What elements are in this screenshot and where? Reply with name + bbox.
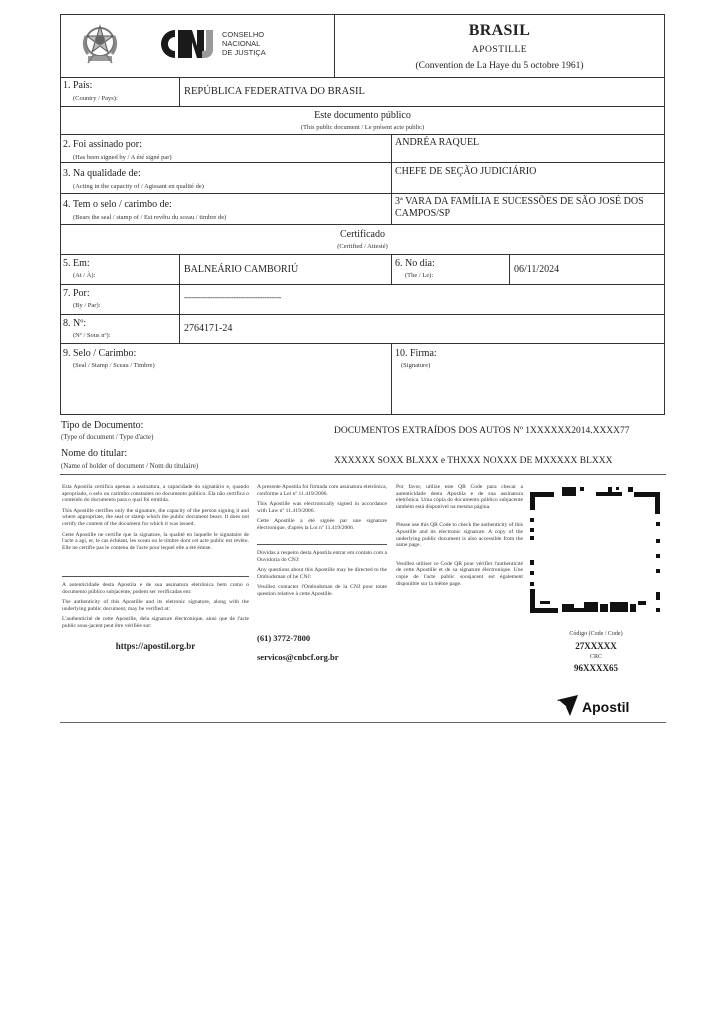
document-type-value: DOCUMENTOS EXTRAÍDOS DOS AUTOS Nº 1XXXXX… (334, 425, 630, 437)
document-type-sublabel: (Type of document / Type d'acte) (61, 433, 153, 441)
field-qualidade-label: 3. Na qualidade de: (63, 168, 141, 180)
field-numero-sublabel: (Nº / Sous nº): (65, 332, 110, 340)
document-title: APOSTILLE (334, 45, 665, 55)
qr-instructions-fr: Veuillez utiliser ce Code QR pour vérifi… (396, 561, 523, 587)
field-qualidade-sublabel: (Acting in the capacity of / Agissant en… (65, 183, 204, 191)
footer-divider-top (60, 474, 666, 475)
field-dia-label: 6. No dia: (395, 258, 435, 270)
footer-col1-divider (62, 576, 249, 577)
field-em-sublabel: (At / À): (65, 272, 95, 280)
coat-of-arms-icon (80, 22, 120, 66)
field-assinado-value: ANDRÉA RAQUEL (395, 137, 479, 149)
cnj-logo-icon (153, 26, 223, 62)
qr-crc-label: CRC (528, 654, 664, 660)
field-em-value: BALNEÁRIO CAMBORIÚ (184, 264, 298, 276)
field-dia-sublabel: (The / Le): (397, 272, 433, 280)
org-line-3: DE JUSTIÇA (222, 48, 266, 57)
field-assinado-label: 2. Foi assinado por: (63, 139, 142, 151)
field-por-value: ----------------------------------------… (184, 292, 281, 304)
cnj-logo (153, 26, 223, 62)
qr-instructions-en: Please use this QR Code to check the aut… (396, 522, 523, 548)
certified-title: Certificado (60, 229, 665, 241)
apostil-paper-plane-icon (556, 694, 580, 718)
qr-instructions-pt: Por favor, utilize este QR Code para che… (396, 484, 523, 510)
contact-email-link[interactable]: servicos@cnbcf.org.br (257, 652, 339, 662)
footer-column-1: Esta Apostila certifica apenas a assinat… (62, 484, 249, 555)
disclaimer-en: This Apostille certifies only the signat… (62, 508, 249, 528)
field-em-label: 5. Em: (63, 258, 90, 270)
field-selo-sublabel: (Seal / Stamp / Sceau / Timbre) (65, 362, 155, 370)
apostil-brand: Apostil (582, 699, 629, 715)
field-pais-label: 1. País: (63, 80, 92, 92)
esign-en: This Apostille was electronically signed… (257, 501, 387, 514)
footer-divider-bottom (60, 722, 666, 723)
qr-crc-value: 96XXXX65 (528, 663, 664, 673)
field-numero-label: 8. Nº: (63, 318, 86, 330)
qr-code[interactable] (528, 484, 664, 616)
holder-name-value: XXXXXX SOXX BLXXX e THXXX NOXXX DE MXXXX… (334, 455, 612, 467)
verify-fr: L'authenticité de cette Apostille, dela … (62, 616, 249, 629)
field-numero-value-cell (179, 314, 665, 344)
field-pais-value: REPÚBLICA FEDERATIVA DO BRASIL (184, 86, 365, 98)
field-selo-label: 9. Selo / Carimbo: (63, 348, 136, 360)
disclaimer-pt: Esta Apostila certifica apenas a assinat… (62, 484, 249, 504)
field-firma-sublabel: (Signature) (401, 362, 430, 370)
field-pais-sublabel: (Country / Pays): (65, 95, 118, 103)
contact-en: Any questions about this Apostille may b… (257, 567, 387, 580)
field-por-sublabel: (By / Par): (65, 302, 100, 310)
document-type-label: Tipo de Documento: (61, 420, 143, 432)
country-title: BRASIL (334, 22, 665, 40)
org-line-2: NACIONAL (222, 39, 266, 48)
holder-name-sublabel: (Name of holder of document / Nom du tit… (61, 462, 198, 470)
footer-column-1-verify: A autenticidade desta Apostila e de sua … (62, 582, 249, 634)
holder-name-label: Nome do titular: (61, 448, 127, 460)
verification-url-link[interactable]: https://apostil.org.br (62, 641, 249, 651)
disclaimer-fr: Cette Apostille ne certifie que la signa… (62, 532, 249, 552)
org-line-1: CONSELHO (222, 30, 266, 39)
qr-code-value: 27XXXXX (528, 641, 664, 651)
qr-code-label: Código (Code / Code) (528, 631, 664, 637)
footer-column-2: A presente Apostila foi firmada com assi… (257, 484, 387, 536)
public-document-title: Este documento público (60, 110, 665, 122)
verify-pt: A autenticidade desta Apostila e de sua … (62, 582, 249, 595)
verify-en: The authenticity of this Apostille and i… (62, 599, 249, 612)
field-selo-de-value: 3ª VARA DA FAMÍLIA E SUCESSÕES DE SÃO JO… (395, 196, 660, 220)
field-selo-de-label: 4. Tem o selo / carimbo de: (63, 199, 172, 211)
field-qualidade-value: CHEFE DE SEÇÃO JUDICIÁRIO (395, 166, 536, 178)
public-document-subtitle: (This public document / Le présent acte … (60, 124, 665, 132)
field-assinado-sublabel: (Has been signed by / A été signé par) (65, 154, 172, 162)
cnj-org-name: CONSELHO NACIONAL DE JUSTIÇA (222, 30, 266, 57)
footer-column-2-contact: Dúvidas a respeito desta Apostila entrar… (257, 550, 387, 602)
certified-subtitle: (Certified / Attesté) (60, 243, 665, 251)
esign-pt: A presente Apostila foi firmada com assi… (257, 484, 387, 497)
contact-pt: Dúvidas a respeito desta Apostila entrar… (257, 550, 387, 563)
contact-phone[interactable]: (61) 3772-7800 (257, 633, 310, 643)
esign-fr: Cette Apostille a été signée par une sig… (257, 518, 387, 531)
field-por-label: 7. Por: (63, 288, 90, 300)
contact-fr: Veuillez contacter l'Ombudsman de la CNJ… (257, 584, 387, 597)
convention-text: (Convention de La Haye du 5 octobre 1961… (334, 61, 665, 71)
footer-column-3: Por favor, utilize este QR Code para che… (396, 484, 523, 591)
field-dia-value: 06/11/2024 (514, 264, 559, 276)
field-numero-value: 2764171-24 (184, 323, 232, 335)
footer-col2-divider (257, 544, 387, 545)
field-firma-label: 10. Firma: (395, 348, 437, 360)
field-selo-de-sublabel: (Bears the seal / stamp of / Est revêtu … (65, 214, 226, 222)
